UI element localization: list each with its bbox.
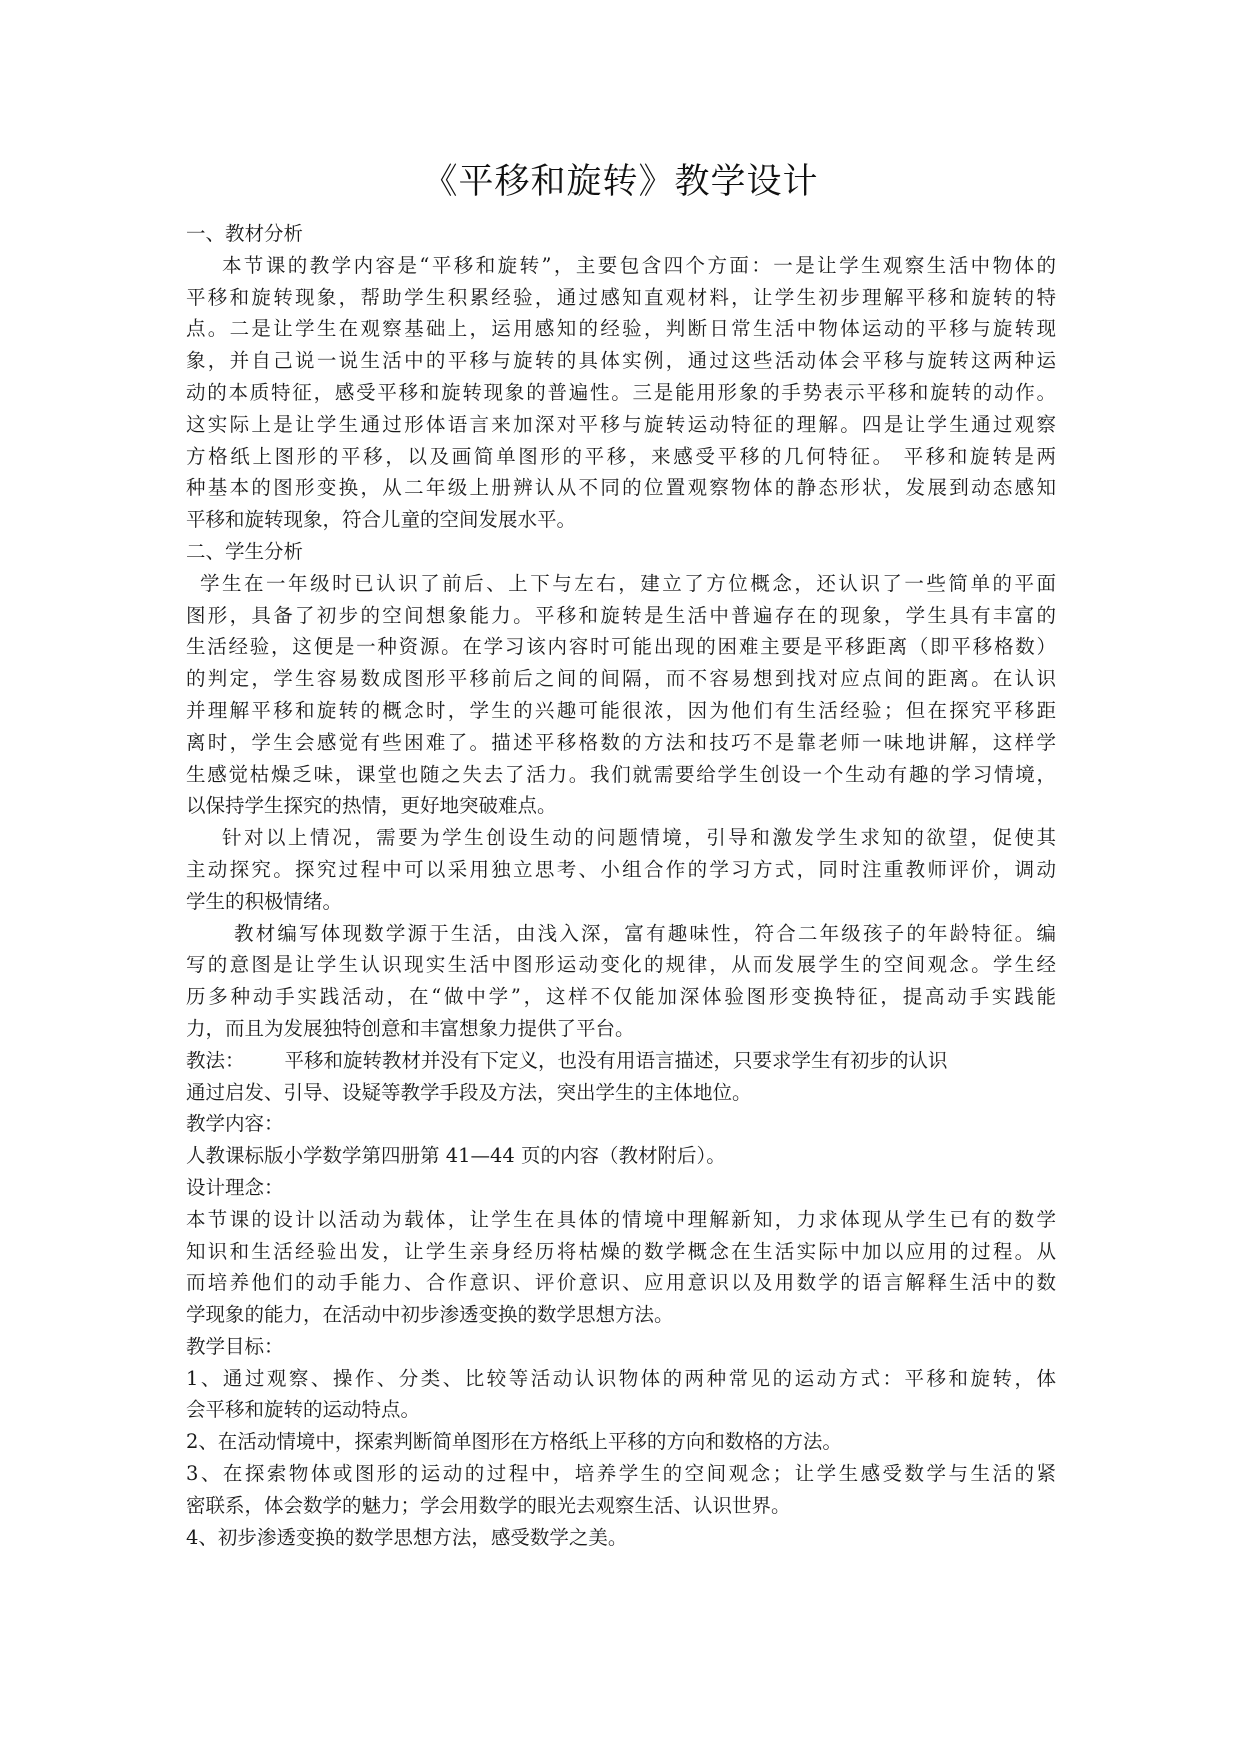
paragraph-line: 生活经验，这便是一种资源。在学习该内容时可能出现的困难主要是平移距离（即平移格数… (186, 631, 1056, 663)
paragraph-line: 象，并自己说一说生活中的平移与旋转的具体实例，通过这些活动体会平移与旋转这两种运 (186, 345, 1056, 377)
paragraph-line: 主动探究。探究过程中可以采用独立思考、小组合作的学习方式，同时注重教师评价，调动 (186, 854, 1056, 886)
paragraph-line: 本节课的设计以活动为载体，让学生在具体的情境中理解新知，力求体现从学生已有的数学 (186, 1204, 1056, 1236)
paragraph-line: 学生的积极情绪。 (186, 886, 1056, 918)
objective-item-3: 3、在探索物体或图形的运动的过程中，培养学生的空间观念；让学生感受数学与生活的紧 (186, 1458, 1056, 1490)
document-title: 《平移和旋转》教学设计 (0, 158, 1241, 206)
section-heading-student-analysis: 二、学生分析 (186, 536, 1056, 568)
document-page: 《平移和旋转》教学设计 一、教材分析 本节课的教学内容是“平移和旋转”，主要包含… (0, 0, 1241, 1754)
objective-item-3-cont: 密联系，体会数学的魅力；学会用数学的眼光去观察生活、认识世界。 (186, 1490, 1056, 1522)
section-heading-teaching-objectives: 教学目标： (186, 1331, 1056, 1363)
section-heading-design-concept: 设计理念： (186, 1172, 1056, 1204)
paragraph-line: 种基本的图形变换，从二年级上册辨认从不同的位置观察物体的静态形状，发展到动态感知 (186, 472, 1056, 504)
paragraph-line: 生感觉枯燥乏味，课堂也随之失去了活力。我们就需要给学生创设一个生动有趣的学习情境… (186, 759, 1056, 791)
paragraph-line: 点。二是让学生在观察基础上，运用感知的经验，判断日常生活中物体运动的平移与旋转现 (186, 313, 1056, 345)
paragraph-line: 写的意图是让学生认识现实生活中图形运动变化的规律，从而发展学生的空间观念。学生经 (186, 949, 1056, 981)
paragraph-line: 通过启发、引导、设疑等教学手段及方法，突出学生的主体地位。 (186, 1077, 1056, 1109)
objective-item-2: 2、在活动情境中，探索判断简单图形在方格纸上平移的方向和数格的方法。 (186, 1426, 1056, 1458)
paragraph-line: 方格纸上图形的平移，以及画简单图形的平移，来感受平移的几何特征。 平移和旋转是两 (186, 441, 1056, 473)
paragraph-line: 这实际上是让学生通过形体语言来加深对平移与旋转运动特征的理解。四是让学生通过观察 (186, 409, 1056, 441)
paragraph-line: 知识和生活经验出发，让学生亲身经历将枯燥的数学概念在生活实际中加以应用的过程。从 (186, 1236, 1056, 1268)
paragraph-line: 以保持学生探究的热情，更好地突破难点。 (186, 790, 1056, 822)
objective-item-1: 1、通过观察、操作、分类、比较等活动认识物体的两种常见的运动方式：平移和旋转，体 (186, 1363, 1056, 1395)
teaching-method-line: 教法：平移和旋转教材并没有下定义，也没有用语言描述，只要求学生有初步的认识 (186, 1045, 1056, 1077)
paragraph-line: 的判定，学生容易数成图形平移前后之间的间隔，而不容易想到找对应点间的距离。在认识 (186, 663, 1056, 695)
section-heading-teaching-method: 教法： (186, 1049, 245, 1072)
objective-item-1-cont: 会平移和旋转的运动特点。 (186, 1394, 1056, 1426)
paragraph-line: 人教课标版小学数学第四册第 41—44 页的内容（教材附后）。 (186, 1140, 1056, 1172)
paragraph-line: 平移和旋转现象，帮助学生积累经验，通过感知直观材料，让学生初步理解平移和旋转的特 (186, 282, 1056, 314)
paragraph-line: 图形，具备了初步的空间想象能力。平移和旋转是生活中普遍存在的现象，学生具有丰富的 (186, 600, 1056, 632)
section-heading-teaching-content: 教学内容： (186, 1108, 1056, 1140)
paragraph-line: 而培养他们的动手能力、合作意识、评价意识、应用意识以及用数学的语言解释生活中的数 (186, 1267, 1056, 1299)
paragraph-line: 历多种动手实践活动，在“做中学”，这样不仅能加深体验图形变换特征，提高动手实践能 (186, 981, 1056, 1013)
paragraph-text: 平移和旋转教材并没有下定义，也没有用语言描述，只要求学生有初步的认识 (285, 1049, 948, 1072)
paragraph-line: 学生在一年级时已认识了前后、上下与左右，建立了方位概念，还认识了一些简单的平面 (186, 568, 1056, 600)
paragraph-line: 本节课的教学内容是“平移和旋转”，主要包含四个方面：一是让学生观察生活中物体的 (186, 250, 1056, 282)
objective-item-4: 4、初步渗透变换的数学思想方法，感受数学之美。 (186, 1522, 1056, 1554)
paragraph-line: 离时，学生会感觉有些困难了。描述平移格数的方法和技巧不是靠老师一味地讲解，这样学 (186, 727, 1056, 759)
paragraph-line: 教材编写体现数学源于生活，由浅入深，富有趣味性，符合二年级孩子的年龄特征。编 (186, 918, 1056, 950)
section-heading-textbook-analysis: 一、教材分析 (186, 218, 1056, 250)
paragraph-line: 学现象的能力，在活动中初步渗透变换的数学思想方法。 (186, 1299, 1056, 1331)
document-body: 一、教材分析 本节课的教学内容是“平移和旋转”，主要包含四个方面：一是让学生观察… (186, 218, 1056, 1553)
paragraph-line: 并理解平移和旋转的概念时，学生的兴趣可能很浓，因为他们有生活经验；但在探究平移距 (186, 695, 1056, 727)
paragraph-line: 动的本质特征，感受平移和旋转现象的普遍性。三是能用形象的手势表示平移和旋转的动作… (186, 377, 1056, 409)
paragraph-line: 平移和旋转现象，符合儿童的空间发展水平。 (186, 504, 1056, 536)
paragraph-line: 力，而且为发展独特创意和丰富想象力提供了平台。 (186, 1013, 1056, 1045)
paragraph-line: 针对以上情况，需要为学生创设生动的问题情境，引导和激发学生求知的欲望，促使其 (186, 822, 1056, 854)
